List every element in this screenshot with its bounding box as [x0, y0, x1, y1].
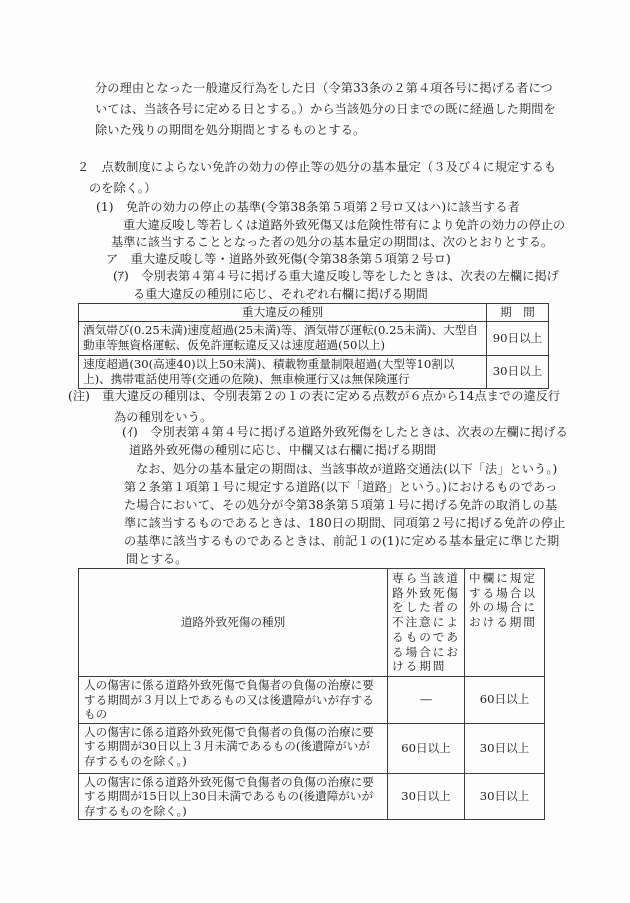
- text-line: 第２条第１項第１号に規定する道路(以下「道路」という。)におけるものであっ: [124, 479, 558, 496]
- table-row: 人の傷害に係る道路外致死傷で負傷者の負傷の治療に要する期間が30日以上３月未満で…: [79, 723, 545, 773]
- table-row: 速度超過(30(高速40)以上50未満)、積載物重量制限超過(大型等10割以上)…: [79, 355, 549, 389]
- table-header-row: 重大違反の種別 期 間: [79, 304, 549, 322]
- item-a-heading: ア 重大違反唆し等・道路外致死傷(令第38条第５項第２号ロ): [106, 251, 451, 268]
- text-line: 道路外致死傷の種別に応じ、中欄又は右欄に掲げる期間: [129, 442, 436, 459]
- column-header: 専ら当該道路外致死傷をした者の不注意によるものである場合における期間: [388, 569, 465, 677]
- item-a1-line: (ｱ) 令別表第４第４号に掲げる重大違反唆し等をしたときは、次表の左欄に掲げ: [113, 268, 559, 285]
- text-line: のを除く。）: [89, 180, 156, 197]
- note-line: (注) 重大違反の種別は、令別表第２の１の表に定める点数が６点から14点までの違…: [68, 388, 560, 405]
- text-line: なお、処分の基本量定の期間は、当該事故が道路交通法(以下「法」という。): [136, 461, 557, 478]
- period-cell: 30日以上: [388, 773, 465, 820]
- table-major-violations: 重大違反の種別 期 間 酒気帯び(0.25未満)速度超過(25未満)等、酒気帯び…: [78, 303, 549, 389]
- text-line: 基準に該当することとなった者の処分の基本量定の期間は、次のとおりとする。: [111, 234, 553, 251]
- text-line: の基準に該当するものであるときは、前記１の(1)に定める基本量定に準じた期: [124, 533, 559, 550]
- column-header: 道路外致死傷の種別: [79, 569, 388, 677]
- period-cell: 60日以上: [465, 676, 545, 723]
- text-line: 除いた残りの期間を処分期間とするものとする。: [95, 122, 365, 139]
- period-cell: 30日以上: [465, 773, 545, 820]
- column-header: 期 間: [487, 304, 549, 322]
- text-line: 間とする。: [126, 551, 187, 568]
- period-cell: 90日以上: [487, 322, 549, 356]
- table-row: 酒気帯び(0.25未満)速度超過(25未満)等、酒気帯び運転(0.25未満)、大…: [79, 322, 549, 356]
- text-line: いては、当該各号に定める日とする。）から当該処分の日までの既に経過した期間を: [95, 101, 556, 118]
- injury-type-cell: 人の傷害に係る道路外致死傷で負傷者の負傷の治療に要する期間が３月以上であるもの又…: [79, 676, 388, 723]
- text-line: る重大違反の種別に応じ、それぞれ右欄に掲げる期間: [133, 286, 428, 303]
- text-line: 重大違反唆し等若しくは道路外致死傷又は危険性帯有により免許の効力の停止の: [123, 217, 565, 234]
- text-line: た場合において、その処分が令第38条第５項第１号に掲げる免許の取消しの基: [124, 497, 557, 514]
- table-row: 人の傷害に係る道路外致死傷で負傷者の負傷の治療に要する期間が15日以上30日未満…: [79, 773, 545, 820]
- period-cell: ―: [388, 676, 465, 723]
- period-cell: 30日以上: [465, 723, 545, 773]
- violation-type-cell: 速度超過(30(高速40)以上50未満)、積載物重量制限超過(大型等10割以上)…: [79, 355, 487, 389]
- period-cell: 60日以上: [388, 723, 465, 773]
- column-header: 中欄に規定する場合以外の場合における期間: [465, 569, 545, 677]
- section-2-heading: ２ 点数制度によらない免許の効力の停止等の処分の基本量定（３及び４に規定するも: [77, 159, 556, 176]
- item-1-heading: (1) 免許の効力の停止の基準(令第38条第５項第２号ロ又はハ)に該当する者: [96, 199, 520, 216]
- injury-type-cell: 人の傷害に係る道路外致死傷で負傷者の負傷の治療に要する期間が15日以上30日未満…: [79, 773, 388, 820]
- item-a2-line: (ｲ) 令別表第４第４号に掲げる道路外致死傷をしたときは、次表の左欄に掲げる: [122, 424, 568, 441]
- table-header-row: 道路外致死傷の種別 専ら当該道路外致死傷をした者の不注意によるものである場合にお…: [79, 569, 545, 677]
- table-row: 人の傷害に係る道路外致死傷で負傷者の負傷の治療に要する期間が３月以上であるもの又…: [79, 676, 545, 723]
- column-header: 重大違反の種別: [79, 304, 487, 322]
- document-page: 分の理由となった一般違反行為をした日（令第33条の２第４項各号に掲げる者につ い…: [0, 0, 630, 903]
- text-line: 準に該当するものであるときは、180日の期間、同項第２号に掲げる免許の停止: [124, 515, 565, 532]
- injury-type-cell: 人の傷害に係る道路外致死傷で負傷者の負傷の治療に要する期間が30日以上３月未満で…: [79, 723, 388, 773]
- period-cell: 30日以上: [487, 355, 549, 389]
- text-line: 分の理由となった一般違反行為をした日（令第33条の２第４項各号に掲げる者につ: [95, 80, 553, 97]
- violation-type-cell: 酒気帯び(0.25未満)速度超過(25未満)等、酒気帯び運転(0.25未満)、大…: [79, 322, 487, 356]
- table-offroad-deathinjury: 道路外致死傷の種別 専ら当該道路外致死傷をした者の不注意によるものである場合にお…: [78, 568, 545, 820]
